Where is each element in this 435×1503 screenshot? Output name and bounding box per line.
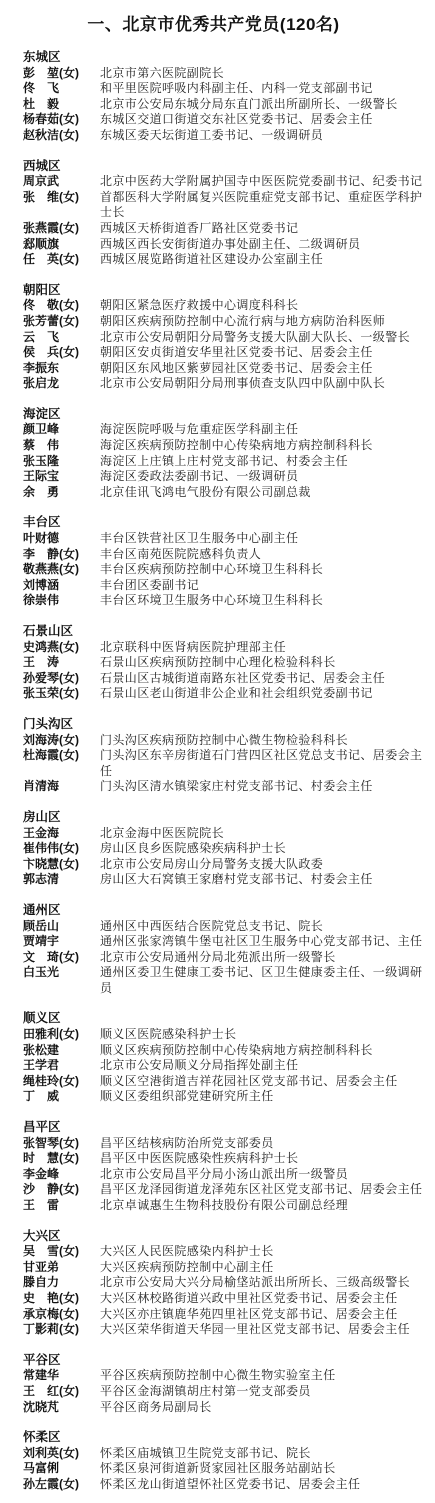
member-name: 王际宝 — [23, 469, 100, 485]
member-name: 史 艳(女) — [23, 1291, 100, 1307]
member-position: 北京金海中医医院院长 — [100, 826, 427, 842]
member-name: 肖清海 — [23, 779, 100, 795]
district-section: 顺义区田雅利(女)顺义区医院感染科护士长张松建顺义区疾病预防控制中心传染病地方病… — [0, 1011, 427, 1105]
member-position: 海淀区委政法委副书记、一级调研员 — [100, 469, 427, 485]
member-position: 大兴区亦庄镇鹿华苑四里社区党支部书记、居委会主任 — [100, 1307, 427, 1323]
member-position: 北京佳讯飞鸿电气股份有限公司副总裁 — [100, 485, 427, 501]
member-position: 大兴区人民医院感染内科护士长 — [100, 1244, 427, 1260]
district-header: 房山区 — [0, 810, 427, 826]
district-section: 西城区周京武北京中医药大学附属护国寺中医医院党委副书记、纪委书记张 维(女)首都… — [0, 159, 427, 268]
member-name: 佟 飞 — [23, 81, 100, 97]
member-name: 张 维(女) — [23, 190, 100, 206]
member-position: 昌平区结核病防治所党支部委员 — [100, 1136, 427, 1152]
member-name: 吴 雪(女) — [23, 1244, 100, 1260]
member-name: 张芳蕾(女) — [23, 314, 100, 330]
member-row: 刘利英(女)怀柔区庙城镇卫生院党支部书记、院长 — [0, 1446, 427, 1462]
member-name: 郭志清 — [23, 872, 100, 888]
member-position: 北京市公安局朝阳分局刑事侦查支队四中队副中队长 — [100, 376, 427, 392]
member-name: 颜卫峰 — [23, 422, 100, 438]
member-row: 张智琴(女)昌平区结核病防治所党支部委员 — [0, 1136, 427, 1152]
district-header: 通州区 — [0, 903, 427, 919]
member-row: 史鸿燕(女)北京联科中医肾病医院护理部主任 — [0, 640, 427, 656]
member-position: 北京市公安局顺义分局指挥处副主任 — [100, 1058, 427, 1074]
member-position: 朝阳区紧急医疗救援中心调度科科长 — [100, 298, 427, 314]
member-name: 侯 兵(女) — [23, 345, 100, 361]
member-position: 朝阳区疾病预防控制中心流行病与地方病防治科医师 — [100, 314, 427, 330]
member-row: 吴 雪(女)大兴区人民医院感染内科护士长 — [0, 1244, 427, 1260]
member-position: 房山区良乡医院感染疾病科护士长 — [100, 841, 427, 857]
member-position: 丰台区南苑医院院感科负责人 — [100, 547, 427, 563]
member-name: 张玉隆 — [23, 454, 100, 470]
member-name: 王 涛 — [23, 655, 100, 671]
member-name: 文 琦(女) — [23, 950, 100, 966]
member-row: 肖清海门头沟区清水镇梁家庄村党支部书记、村委会主任 — [0, 779, 427, 795]
member-position: 海淀区疾病预防控制中心传染病地方病控制科科长 — [100, 438, 427, 454]
member-name: 丁 威 — [23, 1089, 100, 1105]
document-page: 一、北京市优秀共产党员(120名) 东城区彭 堃(女)北京市第六医院副院长佟 飞… — [0, 0, 435, 1503]
member-name: 蔡 伟 — [23, 438, 100, 454]
member-name: 沙 静(女) — [23, 1182, 100, 1198]
member-name: 刘利英(女) — [23, 1446, 100, 1462]
member-position: 顺义区空港街道吉祥花园社区党支部书记、居委会主任 — [100, 1074, 427, 1090]
member-name: 甘亚弟 — [23, 1260, 100, 1276]
member-name: 崔伟伟(女) — [23, 841, 100, 857]
member-position: 丰台区铁营社区卫生服务中心副主任 — [100, 531, 427, 547]
member-name: 李金峰 — [23, 1167, 100, 1183]
member-position: 平谷区金海湖镇胡庄村第一党支部委员 — [100, 1384, 427, 1400]
member-position: 北京市第六医院副院长 — [100, 66, 427, 82]
member-position: 西城区天桥街道香厂路社区党委书记 — [100, 221, 427, 237]
member-name: 孙爱琴(女) — [23, 671, 100, 687]
member-row: 颜卫峰海淀医院呼吸与危重症医学科副主任 — [0, 422, 427, 438]
member-row: 张 维(女)首都医科大学附属复兴医院重症党支部书记、重症医学科护士长 — [0, 190, 427, 221]
member-row: 王学君北京市公安局顺义分局指挥处副主任 — [0, 1058, 427, 1074]
member-position: 房山区大石窝镇王家磨村党支部书记、村委会主任 — [100, 872, 427, 888]
member-name: 张玉荣(女) — [23, 686, 100, 702]
member-position: 北京市公安局昌平分局小汤山派出所一级警员 — [100, 1167, 427, 1183]
member-position: 大兴区林校路街道兴政中里社区党委书记、居委会主任 — [100, 1291, 427, 1307]
member-row: 云 飞北京市公安局朝阳分局警务支援大队副大队长、一级警长 — [0, 330, 427, 346]
member-position: 北京市公安局房山分局警务支援大队政委 — [100, 857, 427, 873]
member-row: 张芳蕾(女)朝阳区疾病预防控制中心流行病与地方病防治科医师 — [0, 314, 427, 330]
member-row: 承京梅(女)大兴区亦庄镇鹿华苑四里社区党支部书记、居委会主任 — [0, 1307, 427, 1323]
member-name: 刘海涛(女) — [23, 733, 100, 749]
district-section: 朝阳区佟 敬(女)朝阳区紧急医疗救援中心调度科科长张芳蕾(女)朝阳区疾病预防控制… — [0, 283, 427, 392]
member-row: 佟 飞和平里医院呼吸内科副主任、内科一党支部副书记 — [0, 81, 427, 97]
member-name: 卞晓慧(女) — [23, 857, 100, 873]
member-position: 平谷区疾病预防控制中心微生物实验室主任 — [100, 1368, 427, 1384]
member-row: 张松建顺义区疾病预防控制中心传染病地方病控制科科长 — [0, 1043, 427, 1059]
member-name: 敬燕燕(女) — [23, 562, 100, 578]
member-row: 刘海涛(女)门头沟区疾病预防控制中心微生物检验科科长 — [0, 733, 427, 749]
member-row: 卞晓慧(女)北京市公安局房山分局警务支援大队政委 — [0, 857, 427, 873]
member-position: 北京联科中医肾病医院护理部主任 — [100, 640, 427, 656]
member-name: 王学君 — [23, 1058, 100, 1074]
member-row: 滕自力北京市公安局大兴分局榆垡站派出所所长、三级高级警长 — [0, 1275, 427, 1291]
member-position: 顺义区医院感染科护士长 — [100, 1027, 427, 1043]
member-row: 孙左霞(女)怀柔区龙山街道望怀社区党委书记、居委会主任 — [0, 1477, 427, 1493]
member-row: 李 静(女)丰台区南苑医院院感科负责人 — [0, 547, 427, 563]
member-position: 东城区委天坛街道工委书记、一级调研员 — [100, 128, 427, 144]
district-section: 丰台区叶财德丰台区铁营社区卫生服务中心副主任李 静(女)丰台区南苑医院院感科负责… — [0, 515, 427, 609]
member-position: 东城区交道口街道交东社区党委书记、居委会主任 — [100, 112, 427, 128]
member-position: 怀柔区庙城镇卫生院党支部书记、院长 — [100, 1446, 427, 1462]
member-name: 刘博涵 — [23, 578, 100, 594]
member-row: 贾靖宇通州区张家湾镇牛堡屯社区卫生服务中心党支部书记、主任 — [0, 934, 427, 950]
member-name: 白玉光 — [23, 965, 100, 981]
district-section: 通州区顾岳山通州区中西医结合医院党总支书记、院长贾靖宇通州区张家湾镇牛堡屯社区卫… — [0, 903, 427, 997]
member-position: 昌平区中医医院感染性疾病科护士长 — [100, 1151, 427, 1167]
member-name: 史鸿燕(女) — [23, 640, 100, 656]
member-row: 丁影莉(女)大兴区荣华街道天华园一里社区党支部书记、居委会主任 — [0, 1322, 427, 1338]
member-name: 时 慧(女) — [23, 1151, 100, 1167]
member-position: 大兴区荣华街道天华园一里社区党支部书记、居委会主任 — [100, 1322, 427, 1338]
member-position: 海淀区上庄镇上庄村党支部书记、村委会主任 — [100, 454, 427, 470]
member-row: 崔伟伟(女)房山区良乡医院感染疾病科护士长 — [0, 841, 427, 857]
member-name: 李振东 — [23, 361, 100, 377]
district-section: 门头沟区刘海涛(女)门头沟区疾病预防控制中心微生物检验科科长杜海霞(女)门头沟区… — [0, 717, 427, 795]
district-header: 朝阳区 — [0, 283, 427, 299]
member-position: 北京中医药大学附属护国寺中医医院党委副书记、纪委书记 — [100, 174, 427, 190]
member-name: 李 静(女) — [23, 547, 100, 563]
member-name: 绳桂玲(女) — [23, 1074, 100, 1090]
member-row: 任 英(女)西城区展览路街道社区建设办公室副主任 — [0, 252, 427, 268]
member-position: 和平里医院呼吸内科副主任、内科一党支部副书记 — [100, 81, 427, 97]
member-row: 王 红(女)平谷区金海湖镇胡庄村第一党支部委员 — [0, 1384, 427, 1400]
member-row: 张玉荣(女)石景山区老山街道非公企业和社会组织党委副书记 — [0, 686, 427, 702]
member-name: 张智琴(女) — [23, 1136, 100, 1152]
district-header: 怀柔区 — [0, 1430, 427, 1446]
district-section: 房山区王金海北京金海中医医院院长崔伟伟(女)房山区良乡医院感染疾病科护士长卞晓慧… — [0, 810, 427, 888]
district-header: 西城区 — [0, 159, 427, 175]
district-header: 顺义区 — [0, 1011, 427, 1027]
member-position: 石景山区老山街道非公企业和社会组织党委副书记 — [100, 686, 427, 702]
member-row: 王金海北京金海中医医院院长 — [0, 826, 427, 842]
member-row: 马富俐怀柔区泉河街道新贤家园社区服务站副站长 — [0, 1461, 427, 1477]
member-position: 朝阳区安贞街道安华里社区党委书记、居委会主任 — [100, 345, 427, 361]
page-title: 一、北京市优秀共产党员(120名) — [0, 10, 427, 35]
member-name: 王 雷 — [23, 1198, 100, 1214]
member-row: 沈晓芃平谷区商务局副局长 — [0, 1400, 427, 1416]
member-position: 顺义区委组织部党建研究所主任 — [100, 1089, 427, 1105]
member-row: 周京武北京中医药大学附属护国寺中医医院党委副书记、纪委书记 — [0, 174, 427, 190]
member-row: 赵秋洁(女)东城区委天坛街道工委书记、一级调研员 — [0, 128, 427, 144]
member-row: 时 慧(女)昌平区中医医院感染性疾病科护士长 — [0, 1151, 427, 1167]
member-name: 田雅利(女) — [23, 1027, 100, 1043]
member-row: 彭 堃(女)北京市第六医院副院长 — [0, 66, 427, 82]
member-name: 佟 敬(女) — [23, 298, 100, 314]
member-position: 丰台团区委副书记 — [100, 578, 427, 594]
district-section: 怀柔区刘利英(女)怀柔区庙城镇卫生院党支部书记、院长马富俐怀柔区泉河街道新贤家园… — [0, 1430, 427, 1492]
member-position: 通州区张家湾镇牛堡屯社区卫生服务中心党支部书记、主任 — [100, 934, 427, 950]
member-row: 蔡 伟海淀区疾病预防控制中心传染病地方病控制科科长 — [0, 438, 427, 454]
member-position: 门头沟区疾病预防控制中心微生物检验科科长 — [100, 733, 427, 749]
member-name: 彭 堃(女) — [23, 66, 100, 82]
member-position: 北京市公安局朝阳分局警务支援大队副大队长、一级警长 — [100, 330, 427, 346]
district-section: 东城区彭 堃(女)北京市第六医院副院长佟 飞和平里医院呼吸内科副主任、内科一党支… — [0, 50, 427, 144]
member-row: 史 艳(女)大兴区林校路街道兴政中里社区党委书记、居委会主任 — [0, 1291, 427, 1307]
district-header: 丰台区 — [0, 515, 427, 531]
member-name: 承京梅(女) — [23, 1307, 100, 1323]
member-row: 李振东朝阳区东风地区紫萝园社区党委书记、居委会主任 — [0, 361, 427, 377]
member-row: 文 琦(女)北京市公安局通州分局北苑派出所一级警长 — [0, 950, 427, 966]
member-row: 李金峰北京市公安局昌平分局小汤山派出所一级警员 — [0, 1167, 427, 1183]
member-position: 北京市公安局通州分局北苑派出所一级警长 — [100, 950, 427, 966]
member-name: 徐崇伟 — [23, 593, 100, 609]
member-position: 门头沟区东辛房街道石门营四区社区党总支书记、居委会主任 — [100, 748, 427, 779]
member-name: 叶财德 — [23, 531, 100, 547]
member-position: 石景山区古城街道南路东社区党委书记、居委会主任 — [100, 671, 427, 687]
district-section: 昌平区张智琴(女)昌平区结核病防治所党支部委员时 慧(女)昌平区中医医院感染性疾… — [0, 1120, 427, 1214]
member-position: 北京卓诚惠生生物科技股份有限公司副总经理 — [100, 1198, 427, 1214]
member-row: 王 涛石景山区疾病预防控制中心理化检验科科长 — [0, 655, 427, 671]
district-header: 平谷区 — [0, 1353, 427, 1369]
member-row: 张玉隆海淀区上庄镇上庄村党支部书记、村委会主任 — [0, 454, 427, 470]
member-row: 张燕霞(女)西城区天桥街道香厂路社区党委书记 — [0, 221, 427, 237]
member-position: 平谷区商务局副局长 — [100, 1400, 427, 1416]
member-name: 杨春茹(女) — [23, 112, 100, 128]
district-header: 大兴区 — [0, 1229, 427, 1245]
member-position: 怀柔区泉河街道新贤家园社区服务站副站长 — [100, 1461, 427, 1477]
member-row: 郄顺旗西城区西长安街街道办事处副主任、二级调研员 — [0, 237, 427, 253]
district-header: 石景山区 — [0, 624, 427, 640]
member-row: 绳桂玲(女)顺义区空港街道吉祥花园社区党支部书记、居委会主任 — [0, 1074, 427, 1090]
member-name: 张燕霞(女) — [23, 221, 100, 237]
district-header: 门头沟区 — [0, 717, 427, 733]
member-name: 常建华 — [23, 1368, 100, 1384]
member-name: 杜 毅 — [23, 97, 100, 113]
member-name: 丁影莉(女) — [23, 1322, 100, 1338]
member-name: 王 红(女) — [23, 1384, 100, 1400]
member-name: 张松建 — [23, 1043, 100, 1059]
member-row: 王 雷北京卓诚惠生生物科技股份有限公司副总经理 — [0, 1198, 427, 1214]
member-position: 通州区委卫生健康工委书记、区卫生健康委主任、一级调研员 — [100, 965, 427, 996]
member-position: 首都医科大学附属复兴医院重症党支部书记、重症医学科护士长 — [100, 190, 427, 221]
member-name: 余 勇 — [23, 485, 100, 501]
member-name: 沈晓芃 — [23, 1400, 100, 1416]
member-row: 王际宝海淀区委政法委副书记、一级调研员 — [0, 469, 427, 485]
district-header: 海淀区 — [0, 407, 427, 423]
member-row: 白玉光通州区委卫生健康工委书记、区卫生健康委主任、一级调研员 — [0, 965, 427, 996]
member-row: 顾岳山通州区中西医结合医院党总支书记、院长 — [0, 919, 427, 935]
member-position: 顺义区疾病预防控制中心传染病地方病控制科科长 — [100, 1043, 427, 1059]
district-section: 石景山区史鸿燕(女)北京联科中医肾病医院护理部主任王 涛石景山区疾病预防控制中心… — [0, 624, 427, 702]
member-row: 刘博涵丰台团区委副书记 — [0, 578, 427, 594]
member-row: 田雅利(女)顺义区医院感染科护士长 — [0, 1027, 427, 1043]
district-header: 昌平区 — [0, 1120, 427, 1136]
member-row: 丁 威顺义区委组织部党建研究所主任 — [0, 1089, 427, 1105]
member-position: 石景山区疾病预防控制中心理化检验科科长 — [100, 655, 427, 671]
member-position: 西城区西长安街街道办事处副主任、二级调研员 — [100, 237, 427, 253]
member-row: 沙 静(女)昌平区龙泽园街道龙泽苑东区社区党支部书记、居委会主任 — [0, 1182, 427, 1198]
member-position: 朝阳区东风地区紫萝园社区党委书记、居委会主任 — [100, 361, 427, 377]
member-position: 海淀医院呼吸与危重症医学科副主任 — [100, 422, 427, 438]
member-name: 杜海霞(女) — [23, 748, 100, 764]
member-name: 云 飞 — [23, 330, 100, 346]
district-header: 东城区 — [0, 50, 427, 66]
member-name: 张启龙 — [23, 376, 100, 392]
district-section: 大兴区吴 雪(女)大兴区人民医院感染内科护士长甘亚弟大兴区疾病预防控制中心副主任… — [0, 1229, 427, 1338]
member-row: 孙爱琴(女)石景山区古城街道南路东社区党委书记、居委会主任 — [0, 671, 427, 687]
member-position: 丰台区疾病预防控制中心环境卫生科科长 — [100, 562, 427, 578]
member-position: 昌平区龙泽园街道龙泽苑东区社区党支部书记、居委会主任 — [100, 1182, 427, 1198]
member-row: 常建华平谷区疾病预防控制中心微生物实验室主任 — [0, 1368, 427, 1384]
member-row: 杨春茹(女)东城区交道口街道交东社区党委书记、居委会主任 — [0, 112, 427, 128]
member-position: 通州区中西医结合医院党总支书记、院长 — [100, 919, 427, 935]
member-name: 任 英(女) — [23, 252, 100, 268]
member-name: 赵秋洁(女) — [23, 128, 100, 144]
member-row: 甘亚弟大兴区疾病预防控制中心副主任 — [0, 1260, 427, 1276]
member-position: 丰台区环境卫生服务中心环境卫生科科长 — [100, 593, 427, 609]
member-row: 佟 敬(女)朝阳区紧急医疗救援中心调度科科长 — [0, 298, 427, 314]
member-name: 郄顺旗 — [23, 237, 100, 253]
member-row: 侯 兵(女)朝阳区安贞街道安华里社区党委书记、居委会主任 — [0, 345, 427, 361]
member-list: 东城区彭 堃(女)北京市第六医院副院长佟 飞和平里医院呼吸内科副主任、内科一党支… — [0, 50, 427, 1493]
member-row: 叶财德丰台区铁营社区卫生服务中心副主任 — [0, 531, 427, 547]
member-name: 周京武 — [23, 174, 100, 190]
district-section: 平谷区常建华平谷区疾病预防控制中心微生物实验室主任王 红(女)平谷区金海湖镇胡庄… — [0, 1353, 427, 1415]
member-name: 滕自力 — [23, 1275, 100, 1291]
member-position: 西城区展览路街道社区建设办公室副主任 — [100, 252, 427, 268]
member-row: 杜 毅北京市公安局东城分局东直门派出所副所长、一级警长 — [0, 97, 427, 113]
member-name: 顾岳山 — [23, 919, 100, 935]
member-row: 郭志清房山区大石窝镇王家磨村党支部书记、村委会主任 — [0, 872, 427, 888]
member-position: 北京市公安局大兴分局榆垡站派出所所长、三级高级警长 — [100, 1275, 427, 1291]
district-section: 海淀区颜卫峰海淀医院呼吸与危重症医学科副主任蔡 伟海淀区疾病预防控制中心传染病地… — [0, 407, 427, 501]
member-position: 门头沟区清水镇梁家庄村党支部书记、村委会主任 — [100, 779, 427, 795]
member-position: 大兴区疾病预防控制中心副主任 — [100, 1260, 427, 1276]
member-row: 杜海霞(女)门头沟区东辛房街道石门营四区社区党总支书记、居委会主任 — [0, 748, 427, 779]
member-name: 马富俐 — [23, 1461, 100, 1477]
member-row: 徐崇伟丰台区环境卫生服务中心环境卫生科科长 — [0, 593, 427, 609]
member-name: 王金海 — [23, 826, 100, 842]
member-name: 孙左霞(女) — [23, 1477, 100, 1493]
member-position: 怀柔区龙山街道望怀社区党委书记、居委会主任 — [100, 1477, 427, 1493]
member-position: 北京市公安局东城分局东直门派出所副所长、一级警长 — [100, 97, 427, 113]
member-row: 敬燕燕(女)丰台区疾病预防控制中心环境卫生科科长 — [0, 562, 427, 578]
member-row: 余 勇北京佳讯飞鸿电气股份有限公司副总裁 — [0, 485, 427, 501]
member-name: 贾靖宇 — [23, 934, 100, 950]
member-row: 张启龙北京市公安局朝阳分局刑事侦查支队四中队副中队长 — [0, 376, 427, 392]
